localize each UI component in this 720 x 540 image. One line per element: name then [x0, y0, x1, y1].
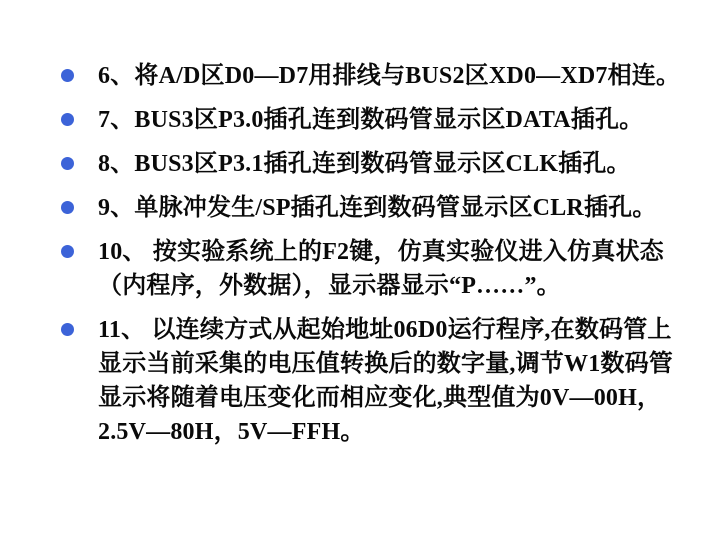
text-line: 显示当前采集的电压值转换后的数字量,调节W1数码管: [98, 347, 700, 381]
list-item: 11、 以连续方式从起始地址06D0运行程序,在数码管上 显示当前采集的电压值转…: [61, 313, 700, 449]
bullet-icon: [61, 245, 74, 258]
text-line: （内程序，外数据），显示器显示“P……”。: [98, 269, 700, 303]
slide: 6、将A/D区D0—D7用排线与BUS2区XD0—XD7相连。 7、BUS3区P…: [0, 0, 720, 540]
text-line: 8、BUS3区P3.1插孔连到数码管显示区CLK插孔。: [98, 147, 700, 181]
list-item-text: 10、 按实验系统上的F2键，仿真实验仪进入仿真状态 （内程序，外数据），显示器…: [98, 235, 700, 303]
list-item: 7、BUS3区P3.0插孔连到数码管显示区DATA插孔。: [61, 103, 700, 137]
list-item-text: 8、BUS3区P3.1插孔连到数码管显示区CLK插孔。: [98, 147, 700, 181]
text-line: 显示将随着电压变化而相应变化,典型值为0V—00H，: [98, 381, 700, 415]
text-line: 10、 按实验系统上的F2键，仿真实验仪进入仿真状态: [98, 235, 700, 269]
bullet-icon: [61, 157, 74, 170]
bullet-icon: [61, 69, 74, 82]
list-item-text: 9、单脉冲发生/SP插孔连到数码管显示区CLR插孔。: [98, 191, 700, 225]
text-line: 11、 以连续方式从起始地址06D0运行程序,在数码管上: [98, 313, 700, 347]
bullet-icon: [61, 201, 74, 214]
list-item-text: 11、 以连续方式从起始地址06D0运行程序,在数码管上 显示当前采集的电压值转…: [98, 313, 700, 449]
text-line: 7、BUS3区P3.0插孔连到数码管显示区DATA插孔。: [98, 103, 700, 137]
list-item: 10、 按实验系统上的F2键，仿真实验仪进入仿真状态 （内程序，外数据），显示器…: [61, 235, 700, 303]
bullet-icon: [61, 323, 74, 336]
list-item: 6、将A/D区D0—D7用排线与BUS2区XD0—XD7相连。: [61, 59, 700, 93]
list-item: 9、单脉冲发生/SP插孔连到数码管显示区CLR插孔。: [61, 191, 700, 225]
list-item-text: 6、将A/D区D0—D7用排线与BUS2区XD0—XD7相连。: [98, 59, 700, 93]
bullet-icon: [61, 113, 74, 126]
text-line: 9、单脉冲发生/SP插孔连到数码管显示区CLR插孔。: [98, 191, 700, 225]
list-item-text: 7、BUS3区P3.0插孔连到数码管显示区DATA插孔。: [98, 103, 700, 137]
text-line: 2.5V—80H，5V—FFH。: [98, 415, 700, 449]
list-item: 8、BUS3区P3.1插孔连到数码管显示区CLK插孔。: [61, 147, 700, 181]
text-line: 6、将A/D区D0—D7用排线与BUS2区XD0—XD7相连。: [98, 59, 700, 93]
